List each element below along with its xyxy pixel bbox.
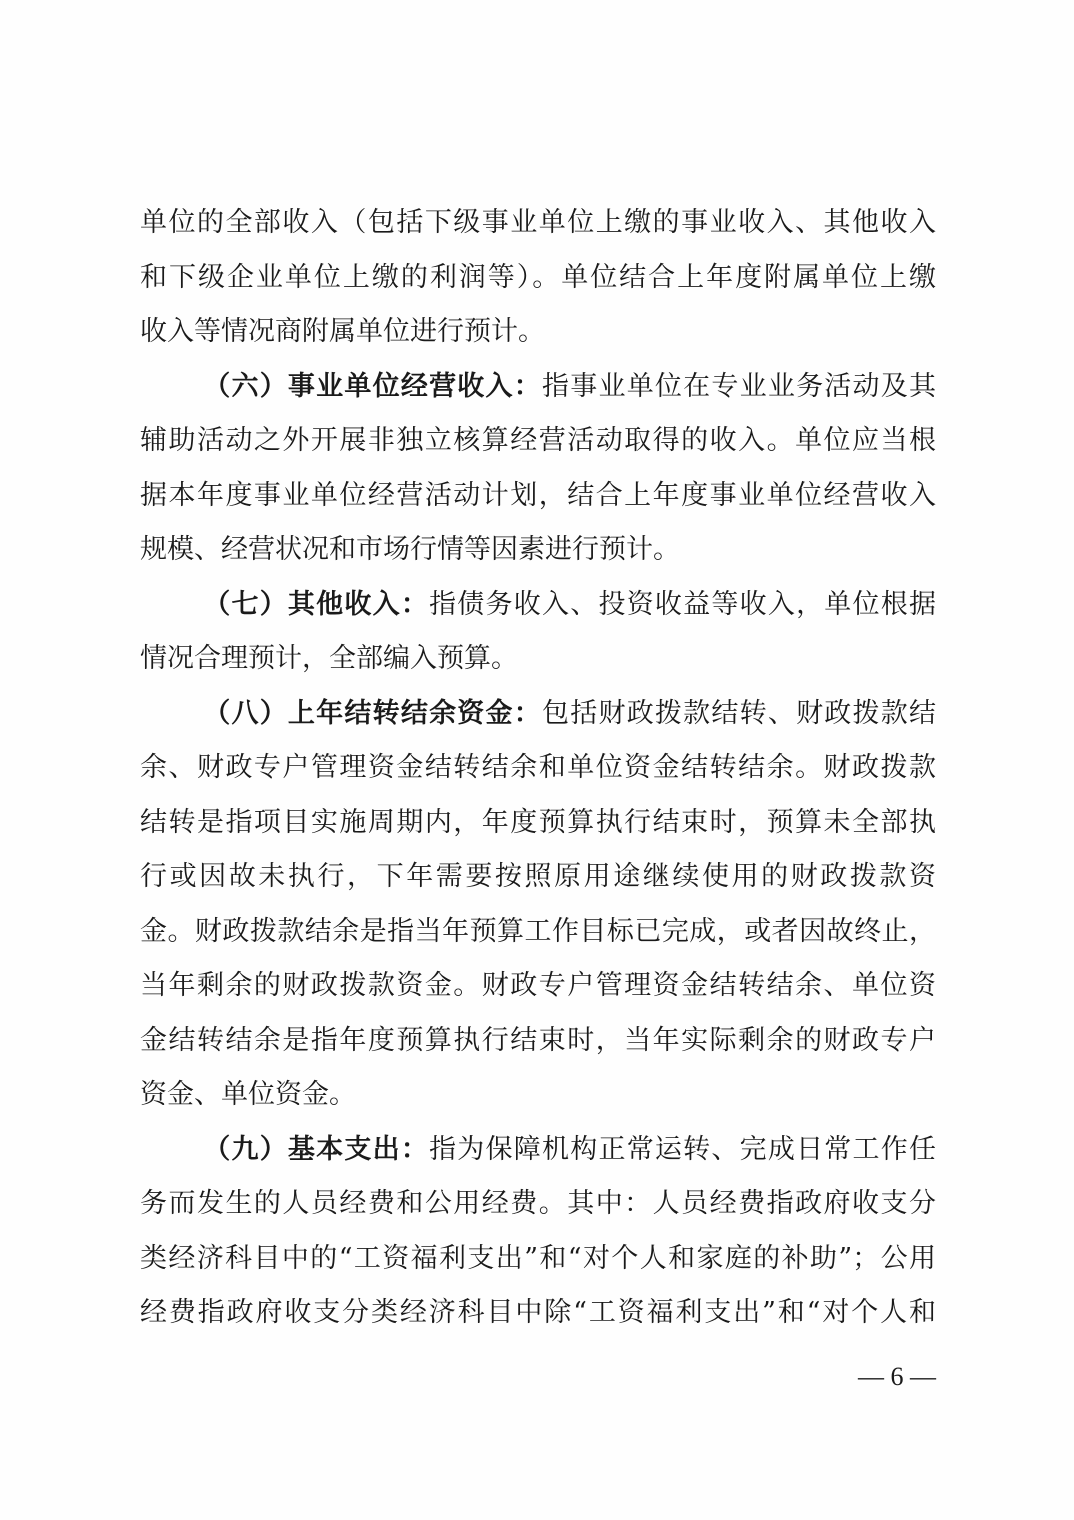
section-heading-9: （九）基本支出： — [202, 1134, 429, 1165]
text-line: 经费指政府收支分类经济科目中除“工资福利支出”和“对个人和 — [140, 1286, 936, 1341]
text-line: 结转是指项目实施周期内，年度预算执行结束时，预算未全部执 — [140, 796, 936, 851]
page-number: — 6 — — [858, 1362, 936, 1392]
text-line: 当年剩余的财政拨款资金。财政专户管理资金结转结余、单位资 — [140, 959, 936, 1014]
paragraph-first-line: （七）其他收入：指债务收入、投资收益等收入，单位根据 — [140, 578, 936, 633]
paragraph-first-line: （九）基本支出：指为保障机构正常运转、完成日常工作任 — [140, 1123, 936, 1178]
section-heading-6: （六）事业单位经营收入： — [202, 371, 542, 402]
text-line: 类经济科目中的“工资福利支出”和“对个人和家庭的补助”；公用 — [140, 1232, 936, 1287]
text-line: 情况合理预计，全部编入预算。 — [140, 632, 936, 687]
text-line: 规模、经营状况和市场行情等因素进行预计。 — [140, 523, 936, 578]
text-line: 指事业单位在专业业务活动及其 — [542, 371, 936, 402]
text-line: 金。财政拨款结余是指当年预算工作目标已完成，或者因故终止， — [140, 905, 936, 960]
text-line: 单位的全部收入（包括下级事业单位上缴的事业收入、其他收入 — [140, 196, 936, 251]
text-line: 据本年度事业单位经营活动计划，结合上年度事业单位经营收入 — [140, 469, 936, 524]
text-line: 收入等情况商附属单位进行预计。 — [140, 305, 936, 360]
document-page: 单位的全部收入（包括下级事业单位上缴的事业收入、其他收入 和下级企业单位上缴的利… — [0, 0, 1074, 1520]
body-text: 单位的全部收入（包括下级事业单位上缴的事业收入、其他收入 和下级企业单位上缴的利… — [140, 196, 940, 1341]
text-line: 余、财政专户管理资金结转结余和单位资金结转结余。财政拨款 — [140, 741, 936, 796]
section-heading-8: （八）上年结转结余资金： — [202, 698, 542, 729]
text-line: 包括财政拨款结转、财政拨款结 — [542, 698, 936, 729]
text-line: 和下级企业单位上缴的利润等）。单位结合上年度附属单位上缴 — [140, 251, 936, 306]
text-line: 指债务收入、投资收益等收入，单位根据 — [429, 589, 936, 620]
text-line: 辅助活动之外开展非独立核算经营活动取得的收入。单位应当根 — [140, 414, 936, 469]
paragraph-first-line: （八）上年结转结余资金：包括财政拨款结转、财政拨款结 — [140, 687, 936, 742]
text-line: 金结转结余是指年度预算执行结束时，当年实际剩余的财政专户 — [140, 1014, 936, 1069]
text-line: 行或因故未执行，下年需要按照原用途继续使用的财政拨款资 — [140, 850, 936, 905]
text-line: 资金、单位资金。 — [140, 1068, 936, 1123]
paragraph-first-line: （六）事业单位经营收入：指事业单位在专业业务活动及其 — [140, 360, 936, 415]
section-heading-7: （七）其他收入： — [202, 589, 429, 620]
text-line: 务而发生的人员经费和公用经费。其中：人员经费指政府收支分 — [140, 1177, 936, 1232]
text-line: 指为保障机构正常运转、完成日常工作任 — [429, 1134, 936, 1165]
